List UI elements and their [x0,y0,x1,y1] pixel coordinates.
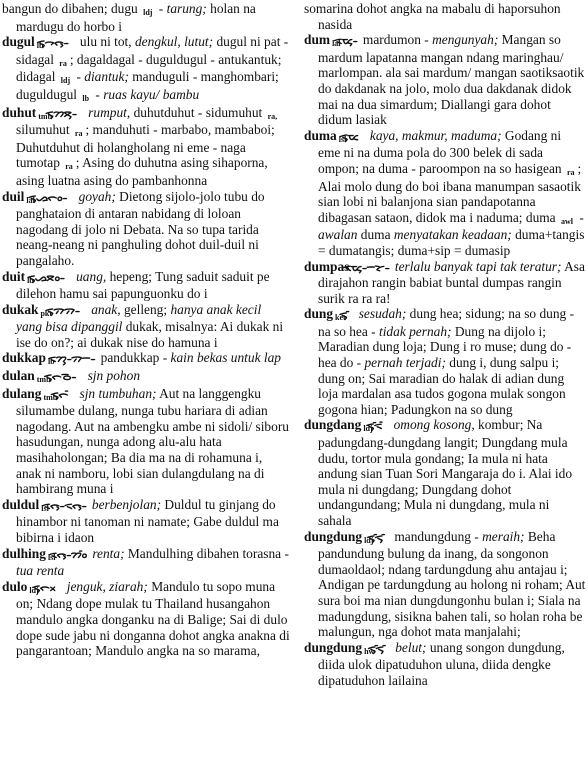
dialect-label: lb [82,94,89,103]
entry-text: bangun do dibahen; dugu [2,1,141,16]
headword: duhut [2,105,36,120]
left-column: bangun do dibahen; dugu ldj - tarung; ho… [0,0,294,768]
dictionary-entry: dukakpktᯑᯮᯄᯄ᯳anak, gelleng; hanya anak k… [2,302,290,351]
definition-italic: terlalu banyak tapi tak teratur; [395,259,562,274]
batak-script-glyphs: ᯑᯮᯰᯑᯮᯰ [380,530,388,546]
batak-script-glyphs: ᯑᯮᯂᯮᯖ᯳ [59,106,82,122]
dictionary-entry: dungdangldjᯑᯮᯰᯑᯰomong kosong, kombur; Na… [304,417,586,528]
dictionary-entry: dumpas ᯑᯮᯔ᯳ᯇᯘ᯳terlalu banyak tapi tak te… [304,259,586,307]
batak-script-glyphs: ᯑᯮᯄᯄ᯳ [59,303,85,319]
definition-italic: anak, [91,302,120,317]
dictionary-entry: duillalᯑᯮᯀᯪᯞ᯳goyah; Dietong sijolo-jolo … [2,189,290,269]
definition-italic: tarung; [167,1,207,16]
dialect-label: tmb [37,375,51,384]
continued-entry: bangun do dibahen; dugu ldj - tarung; ho… [2,1,290,34]
entry-text: ulu ni tot, [80,34,135,49]
headword: duldul [2,497,39,512]
dialect-label: lb [48,357,55,366]
dialect-label: ldj [143,8,152,17]
dictionary-page: bangun do dibahen; dugu ldj - tarung; ho… [0,0,588,768]
batak-script-glyphs: ᯑᯮᯔ᯳ [348,33,357,49]
definition-italic: sesudah; [359,306,407,321]
entry-text: silumuhut [16,122,73,137]
definition-italic: kaya, makmur, maduma; [370,128,502,143]
definition-italic: belut; [395,640,426,655]
headword: dulo [2,579,27,594]
entry-text: - [73,69,84,84]
dictionary-entry: dungketᯑᯮᯰsesudah; dung hea; sidung; na … [304,306,586,417]
headword: dulhing [2,546,46,561]
definition-italic: renta; [92,546,124,561]
headword: dugul [2,34,35,49]
entry-text: duma [357,227,393,242]
batak-script-glyphs: ᯑᯮᯞᯬ [46,580,61,596]
definition-italic: jenguk, ziarah; [67,579,148,594]
entry-text: gelleng; [121,302,171,317]
dialect-label: lb [37,41,44,50]
definition-italic: sjn pohon [88,368,140,383]
dictionary-entry: dulhinglslᯑᯮᯞ᯳ᯂᯪᯰrenta; Mandulhing dibah… [2,546,290,579]
dialect-label: awl [561,217,573,226]
batak-script-glyphs: ᯑᯮᯂ᯳ᯄᯇ᯳ [62,351,95,367]
dictionary-entry: dugullbᯑᯮᯎᯮᯞ᯳ulu ni tot, dengkul, lutut;… [2,34,290,104]
headword: dungdung [304,640,362,655]
headword: dulang [2,386,41,401]
entry-text: Beha pandundung bulung da inang, da song… [318,529,585,640]
definition-italic: omong kosong, [394,417,475,432]
definition-italic: menyatakan keadaan; [394,227,512,242]
definition-italic: kain bekas untuk lap [171,350,281,365]
headword: dukkap [2,350,46,365]
dictionary-entry: dukkaplbᯑᯮᯂ᯳ᯄᯇ᯳pandukkap - kain bekas un… [2,350,290,368]
dialect-label: ldj [363,424,372,433]
entry-text: - [576,210,584,225]
batak-script-glyphs: ᯑᯮᯔ᯳ᯇᯘ᯳ [357,260,389,276]
batak-script-glyphs: ᯑᯮᯎᯮᯞ᯳ [50,35,73,51]
headword: dungdung [304,529,362,544]
definition-italic: tua renta [16,563,64,578]
entry-text: pandukkap - [101,350,171,365]
entry-text: somarina dohot angka na mabalu di hapors… [304,1,561,32]
entry-text: - [92,87,103,102]
dictionary-entry: duldullslᯑᯮᯞ᯳ᯑᯮᯞ᯳berbenjolan; Duldul tu … [2,497,290,546]
definition-italic: awalan [318,227,357,242]
batak-script-glyphs: ᯑᯮᯞ᯳ᯂᯪᯰ [63,547,87,563]
dialect-label: tmb [43,393,57,402]
definition-italic: sjn tumbuhan; [79,386,156,401]
dialect-label: pkt [40,309,52,318]
dialect-label: ra [75,129,83,138]
dictionary-entry: duitlbᯑᯮᯀᯪᯖ᯳uang, hepeng; Tung saduit sa… [2,269,290,302]
definition-italic: ruas kayu/ bambu [103,87,199,102]
dialect-label: ldj [61,76,70,85]
batak-script-glyphs: ᯑᯮᯔ [353,129,364,145]
dialect-label: ra [59,59,67,68]
batak-script-glyphs: ᯑᯮᯞᯰ [64,387,73,403]
definition-italic: tidak pernah; [379,324,452,339]
dictionary-entry: dungdunghwᯑᯮᯰᯑᯮᯰbelut; unang songon dung… [304,640,586,689]
dialect-label: ra, [268,112,278,121]
headword: duit [2,269,25,284]
dialect-label: ldj [29,586,38,595]
headword: duil [2,189,24,204]
definition-italic: pernah terjadi; [364,355,445,370]
definition-italic: rumput, [88,105,130,120]
dialect-label: lb [27,276,34,285]
dictionary-entry: duhuttmbᯑᯮᯂᯮᯖ᯳rumput, duhutduhut - sidum… [2,105,290,189]
dialect-label: lal [26,196,34,205]
dialect-label: lal [332,39,340,48]
dialect-label: ra [65,162,73,171]
dialect-label: tmb [38,112,52,121]
batak-script-glyphs: ᯑᯮᯞᯉ᯳ [58,369,82,385]
dialect-label: lsl [41,504,49,513]
headword: dulan [2,368,35,383]
batak-script-glyphs: ᯑᯮᯀᯪᯞ᯳ [42,190,73,206]
right-column: somarina dohot angka na mabalu di hapors… [294,0,588,768]
headword: dungdang [304,417,361,432]
entry-text: mardumon - [363,32,432,47]
dictionary-entry: dungdungldjᯑᯮᯰᯑᯮᯰmandungdung - meraih; B… [304,529,586,640]
definition-italic: berbenjolan; [92,497,161,512]
entry-text: Mandulhing dibahen torasna - [125,546,289,561]
dictionary-entry: dulangtmbᯑᯮᯞᯰsjn tumbuhan; Aut na langge… [2,386,290,497]
headword: dung [304,306,333,321]
batak-script-glyphs: ᯑᯮᯞ᯳ᯑᯮᯞ᯳ [56,498,86,514]
dialect-label: ra [567,168,575,177]
dialect-label: lsl [339,135,347,144]
entry-text: - [155,1,166,16]
dialect-label: ldj [364,536,373,545]
dialect-label: ket [335,313,346,322]
dictionary-entry: dumalslᯑᯮᯔkaya, makmur, maduma; Godang n… [304,128,586,259]
batak-script-glyphs: ᯑᯮᯰᯑᯮᯰ [381,641,389,657]
dialect-label: hw [364,647,374,656]
batak-script-glyphs: ᯑᯮᯀᯪᯖ᯳ [41,270,70,286]
definition-italic: mengunyah; [432,32,498,47]
entry-text: duhutduhut - sidumuhut [130,105,265,120]
headword: dum [304,32,330,47]
definition-italic: uang, [76,269,106,284]
definition-italic: meraih; [482,529,524,544]
continued-entry: somarina dohot angka na mabalu di hapors… [304,1,586,32]
entry-text: Aut na langgengku silumambe dulang, nung… [16,386,289,497]
dictionary-entry: duloldjᯑᯮᯞᯬjenguk, ziarah; Mandulo tu so… [2,579,290,659]
definition-italic: diantuk; [84,69,129,84]
entry-text: mandungdung - [394,529,482,544]
batak-script-glyphs: ᯑᯮᯰᯑᯰ [380,418,388,434]
dialect-label: lsl [48,553,56,562]
dictionary-entry: dumlalᯑᯮᯔ᯳mardumon - mengunyah; Mangan s… [304,32,586,128]
headword: duma [304,128,337,143]
definition-italic: dengkul, lutut; [135,34,213,49]
definition-italic: goyah; [79,189,116,204]
headword: dukak [2,302,38,317]
dictionary-entry: dulantmbᯑᯮᯞᯉ᯳sjn pohon [2,368,290,386]
entry-text: kombur; Na padungdang-dungdang langit; D… [318,417,572,528]
